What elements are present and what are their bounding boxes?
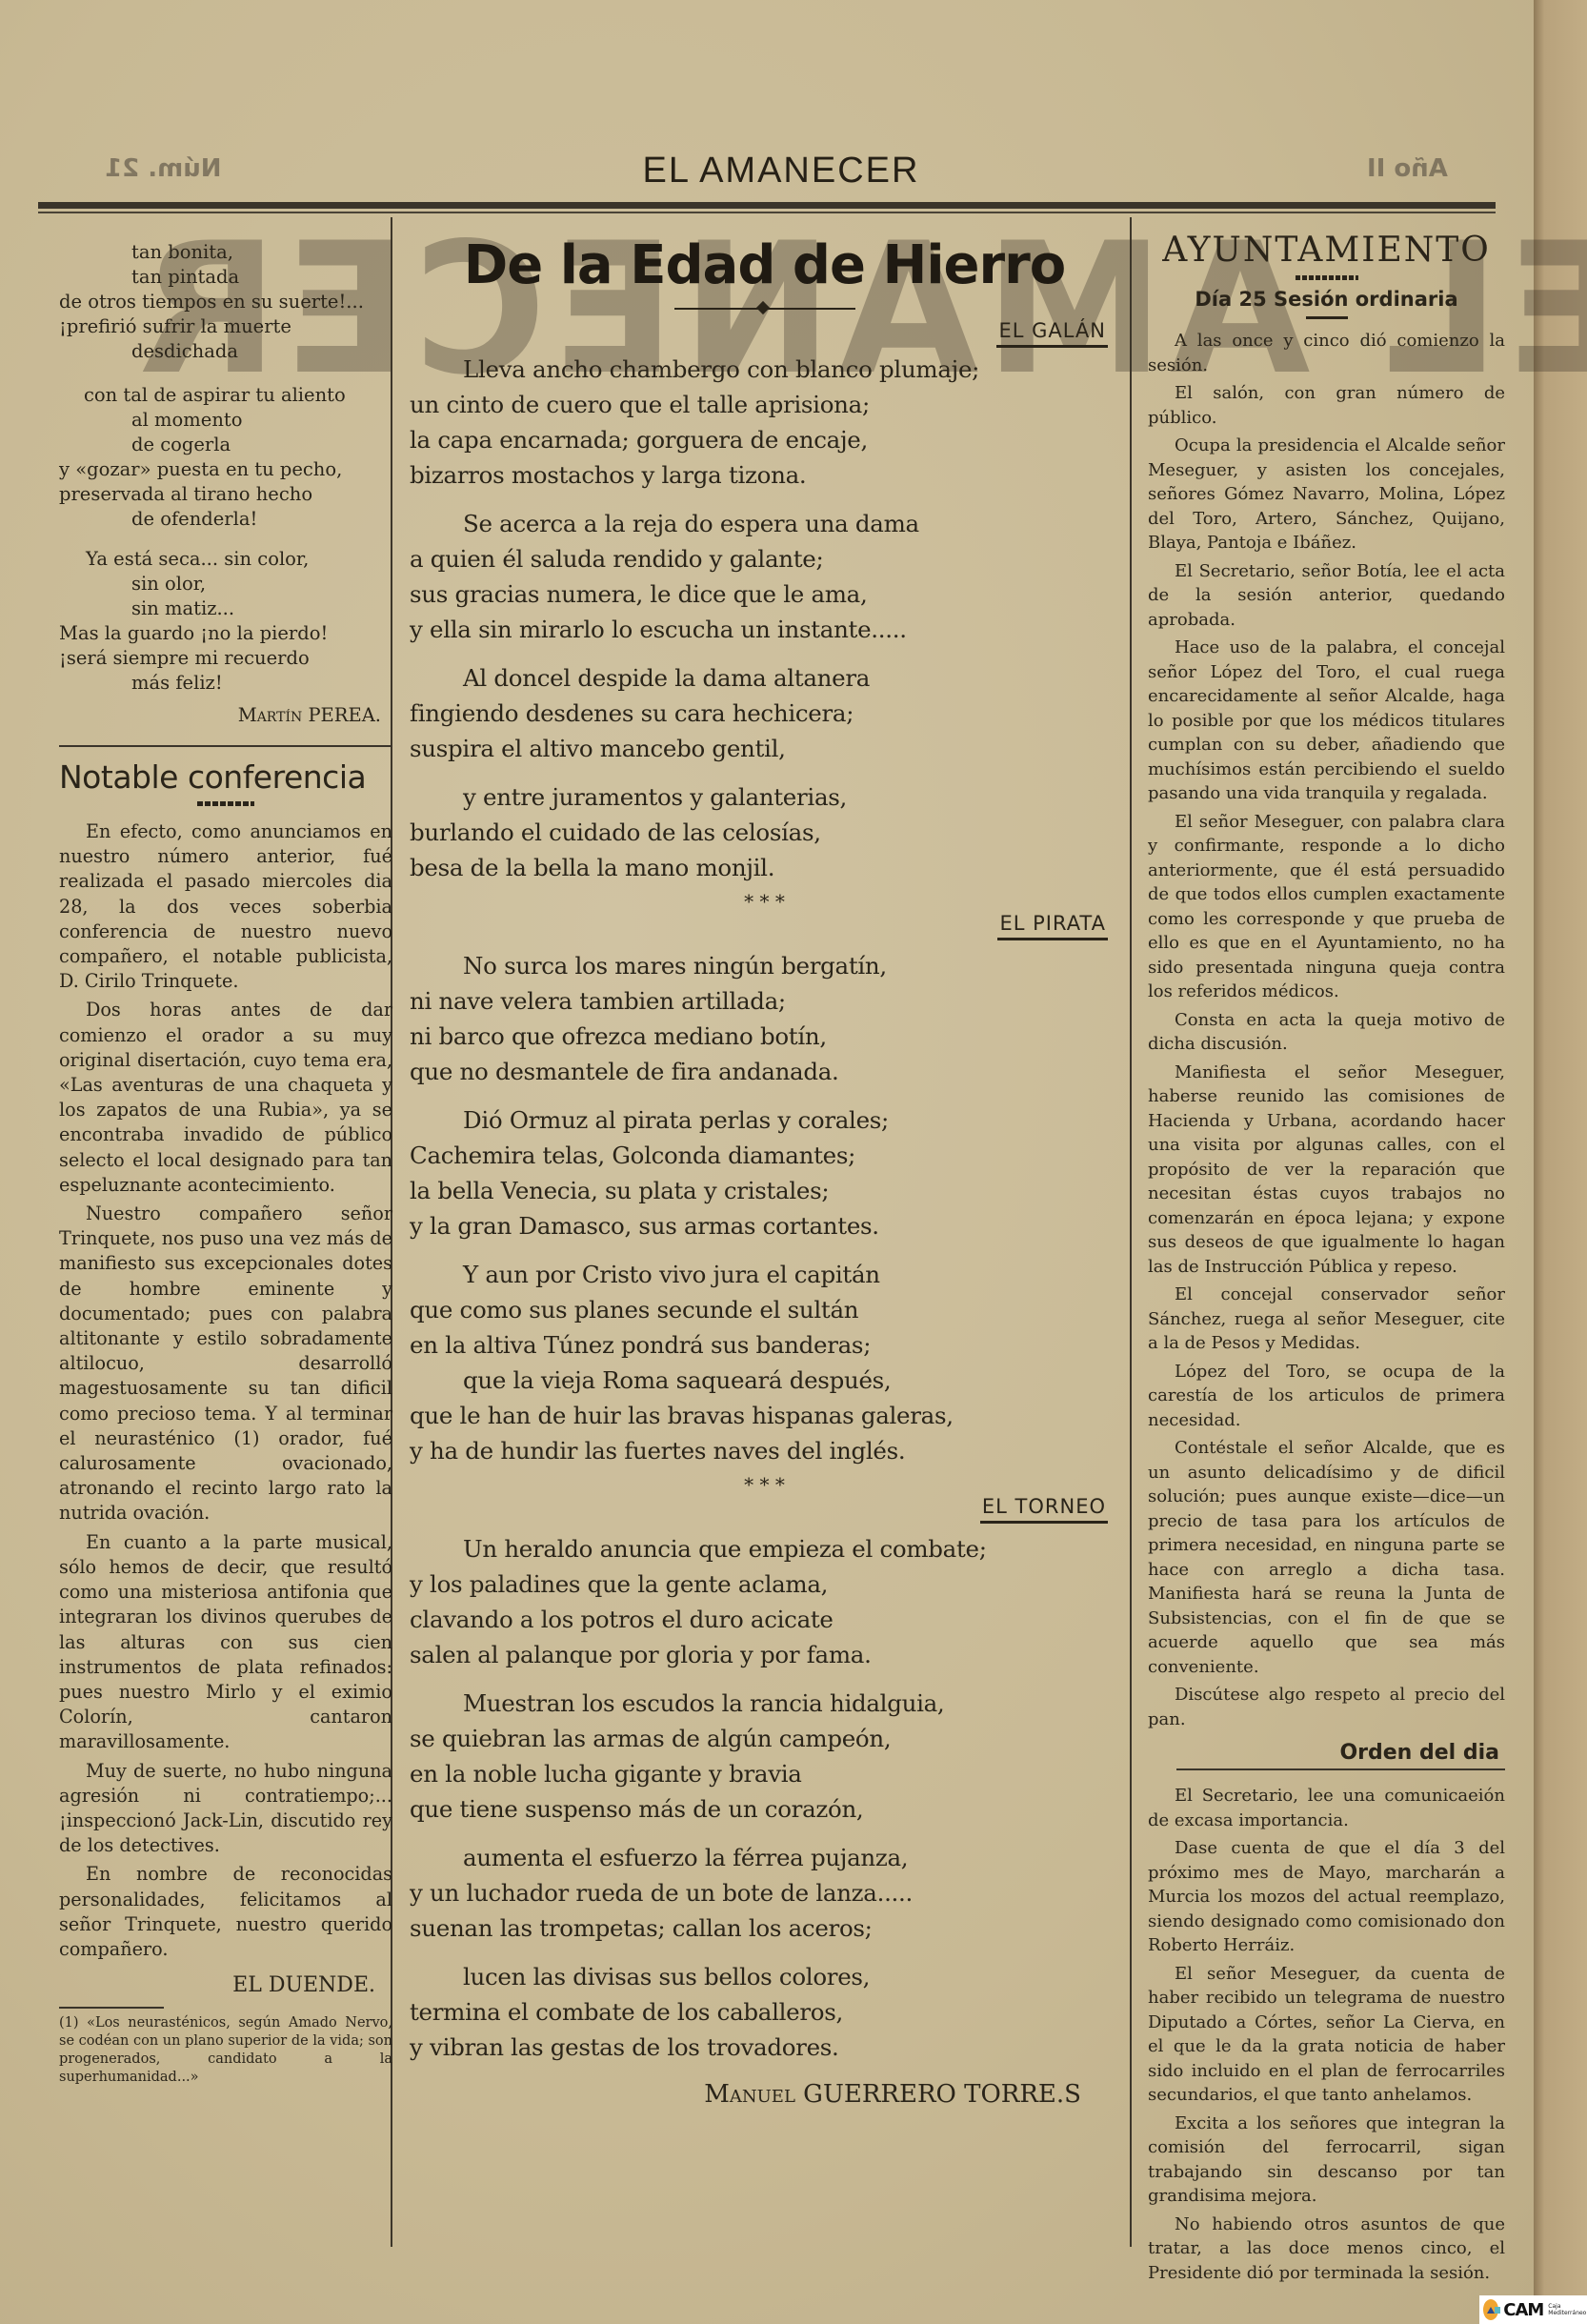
- poem-author: Manuel GUERRERO TORRE.S: [410, 2080, 1119, 2109]
- verse-line: y los paladines que la gente aclama,: [410, 1566, 1119, 1602]
- verse-line: que tiene suspenso más de un corazón,: [410, 1791, 1119, 1827]
- verse-line: sus gracias numera, le dice que le ama,: [410, 576, 1119, 612]
- poem-line: más feliz!: [59, 671, 392, 696]
- logo-subtext: Caja Mediterráneo: [1548, 2303, 1587, 2316]
- paragraph: El señor Meseguer, da cuenta de haber re…: [1148, 1962, 1505, 2108]
- middle-column: De la Edad de Hierro EL GALÁN Lleva anch…: [410, 229, 1119, 2109]
- poem-title: De la Edad de Hierro: [410, 234, 1119, 296]
- verse-line: Un heraldo anuncia que empieza el combat…: [410, 1531, 1119, 1566]
- section-divider: [59, 745, 392, 747]
- verse-line: un cinto de cuero que el talle aprisiona…: [410, 387, 1119, 422]
- article-title: Notable conferencia: [59, 758, 392, 796]
- newspaper-title: EL AMANECER: [38, 151, 1524, 192]
- poem-line: sin matiz...: [59, 596, 392, 621]
- verse-line: la bella Venecia, su plata y cristales;: [410, 1173, 1119, 1208]
- paragraph: Hace uso de la palabra, el concejal seño…: [1148, 636, 1505, 806]
- paragraph: En cuanto a la parte musical, sólo hemos…: [59, 1530, 392, 1755]
- verse-line: en la noble lucha gigante y bravia: [410, 1756, 1119, 1791]
- verse-line: que como sus planes secunde el sultán: [410, 1292, 1119, 1327]
- poem-fragment: tan bonita, tan pintada de otros tiempos…: [59, 240, 392, 728]
- poem-line: de cogerla: [59, 433, 392, 457]
- paragraph: Muy de suerte, no hubo ninguna agresión …: [59, 1759, 392, 1859]
- verse-line: Lleva ancho chambergo con blanco plumaje…: [410, 352, 1119, 387]
- paragraph: Consta en acta la queja motivo de dicha …: [1148, 1008, 1505, 1057]
- poem-line: Mas la guardo ¡no la pierdo!: [59, 621, 392, 646]
- verse-line: bizarros mostachos y larga tizona.: [410, 457, 1119, 493]
- verse-line: en la altiva Túnez pondrá sus banderas;: [410, 1327, 1119, 1363]
- cam-logo: CAM Caja Mediterráneo: [1479, 2295, 1587, 2324]
- left-column: tan bonita, tan pintada de otros tiempos…: [59, 229, 392, 2087]
- paragraph: López del Toro, se ocupa de la carestía …: [1148, 1360, 1505, 1433]
- verse-line: que le han de huir las bravas hispanas g…: [410, 1398, 1119, 1433]
- paragraph: Ocupa la presidencia el Alcalde señor Me…: [1148, 434, 1505, 556]
- footnote: (1) «Los neurasténicos, según Amado Nerv…: [59, 2014, 392, 2087]
- asterism-separator: * * *: [410, 1478, 1119, 1491]
- paragraph: El Secretario, lee una comunicaeión de e…: [1148, 1784, 1505, 1832]
- paragraph: No habiendo otros asuntos de que tratar,…: [1148, 2213, 1505, 2286]
- poem-section-pirata: No surca los mares ningún bergatín, ni n…: [410, 948, 1119, 1468]
- poem-line: con tal de aspirar tu aliento: [59, 383, 392, 408]
- cam-logo-icon: [1483, 2299, 1498, 2320]
- paragraph: Discútese algo respeto al precio del pan…: [1148, 1683, 1505, 1731]
- poem-line: preservada al tirano hecho: [59, 482, 392, 507]
- verse-line: ni nave velera tambien artillada;: [410, 983, 1119, 1019]
- orden-del-dia-body: El Secretario, lee una comunicaeión de e…: [1148, 1784, 1505, 2285]
- volume-year: Año II: [1367, 154, 1448, 183]
- paragraph: Dos horas antes de dar comienzo el orado…: [59, 998, 392, 1198]
- verse-line: que la vieja Roma saqueará después,: [410, 1363, 1119, 1398]
- paragraph: Manifiesta el señor Meseguer, haberse re…: [1148, 1061, 1505, 1280]
- session-heading: Día 25 Sesión ordinaria: [1148, 288, 1505, 311]
- verse-line: se quiebran las armas de algún campeón,: [410, 1721, 1119, 1756]
- verse-line: y un luchador rueda de un bote de lanza.…: [410, 1875, 1119, 1910]
- verse-line: ni barco que ofrezca mediano botín,: [410, 1019, 1119, 1054]
- masthead-rule: [38, 202, 1496, 209]
- column-divider-right: [1130, 217, 1132, 2247]
- poem-line: ¡será siempre mi recuerdo: [59, 646, 392, 671]
- paragraph: A las once y cinco dió comienzo la sesió…: [1148, 329, 1505, 377]
- poem-line: sin olor,: [59, 572, 392, 596]
- verse-line: y vibran las gestas de los trovadores.: [410, 2030, 1119, 2065]
- verse-line: y entre juramentos y galanterias,: [410, 779, 1119, 815]
- verse-line: Muestran los escudos la rancia hidalguia…: [410, 1686, 1119, 1721]
- verse-line: y la gran Damasco, sus armas cortantes.: [410, 1208, 1119, 1243]
- verse-line: la capa encarnada; gorguera de encaje,: [410, 422, 1119, 457]
- title-ornament: [197, 801, 254, 806]
- right-column: AYUNTAMIENTO Día 25 Sesión ordinaria A l…: [1148, 229, 1505, 2289]
- heading-rule: [1176, 1768, 1505, 1770]
- paragraph: En nombre de reconocidas personalidades,…: [59, 1862, 392, 1962]
- verse-line: besa de la bella la mano monjil.: [410, 850, 1119, 885]
- poem-line: ¡prefirió sufrir la muerte: [59, 314, 392, 339]
- article-signature: EL DUENDE.: [59, 1973, 375, 1997]
- verse-line: Y aun por Cristo vivo jura el capitán: [410, 1257, 1119, 1292]
- poem-signature: Martín PEREA.: [59, 703, 392, 728]
- verse-line: burlando el cuidado de las celosías,: [410, 815, 1119, 850]
- verse-line: salen al palanque por gloria y por fama.: [410, 1637, 1119, 1672]
- poem-line: tan bonita,: [59, 240, 392, 265]
- verse-line: Al doncel despide la dama altanera: [410, 660, 1119, 696]
- verse-line: a quien él saluda rendido y galante;: [410, 541, 1119, 576]
- poem-line: de otros tiempos en su suerte!...: [59, 290, 392, 314]
- poem-section-torneo: Un heraldo anuncia que empieza el combat…: [410, 1531, 1119, 2065]
- verse-line: Cachemira telas, Golconda diamantes;: [410, 1138, 1119, 1173]
- paragraph: Excita a los señores que integran la com…: [1148, 2112, 1505, 2209]
- verse-line: No surca los mares ningún bergatín,: [410, 948, 1119, 983]
- poem-line: al momento: [59, 408, 392, 433]
- verse-line: y ha de hundir las fuertes naves del ing…: [410, 1433, 1119, 1468]
- verse-line: lucen las divisas sus bellos colores,: [410, 1959, 1119, 1994]
- poem-line: Ya está seca... sin color,: [59, 547, 392, 572]
- paragraph: El salón, con gran número de público.: [1148, 381, 1505, 430]
- section-heading: EL GALÁN: [410, 319, 1119, 348]
- article-body: En efecto, como anunciamos en nuestro nú…: [59, 819, 392, 1962]
- masthead-rule-thin: [38, 212, 1496, 213]
- verse-line: suspira el altivo mancebo gentil,: [410, 731, 1119, 766]
- logo-text: CAM: [1503, 2300, 1543, 2320]
- section-heading: EL PIRATA: [410, 912, 1119, 940]
- orden-del-dia-heading: Orden del dia: [1148, 1741, 1499, 1765]
- footnote-rule: [59, 2007, 164, 2009]
- verse-line: aumenta el esfuerzo la férrea pujanza,: [410, 1840, 1119, 1875]
- verse-line: suenan las trompetas; callan los aceros;: [410, 1910, 1119, 1946]
- paragraph: El concejal conservador señor Sánchez, r…: [1148, 1283, 1505, 1356]
- verse-line: clavando a los potros el duro acicate: [410, 1602, 1119, 1637]
- paragraph: En efecto, como anunciamos en nuestro nú…: [59, 819, 392, 994]
- paragraph: Dase cuenta de que el día 3 del próximo …: [1148, 1836, 1505, 1958]
- poem-line: tan pintada: [59, 265, 392, 290]
- verse-line: Dió Ormuz al pirata perlas y corales;: [410, 1102, 1119, 1138]
- paragraph: Contéstale el señor Alcalde, que es un a…: [1148, 1436, 1505, 1679]
- title-ornament: [1296, 275, 1358, 280]
- verse-line: y ella sin mirarlo lo escucha un instant…: [410, 612, 1119, 647]
- diamond-ornament-icon: [674, 302, 855, 315]
- poem-line: y «gozar» puesta en tu pecho,: [59, 457, 392, 482]
- verse-line: termina el combate de los caballeros,: [410, 1994, 1119, 2030]
- paragraph: Nuestro compañero señor Trinquete, nos p…: [59, 1202, 392, 1526]
- verse-line: Se acerca a la reja do espera una dama: [410, 506, 1119, 541]
- section-title: AYUNTAMIENTO: [1148, 231, 1505, 270]
- paragraph: El Secretario, señor Botía, lee el acta …: [1148, 559, 1505, 633]
- short-rule: [1306, 316, 1348, 319]
- poem-section-galan: Lleva ancho chambergo con blanco plumaje…: [410, 352, 1119, 885]
- paragraph: El señor Meseguer, con palabra clara y c…: [1148, 810, 1505, 1004]
- poem-line: de ofenderla!: [59, 507, 392, 532]
- asterism-separator: * * *: [410, 895, 1119, 908]
- section-heading: EL TORNEO: [410, 1495, 1119, 1524]
- session-minutes: A las once y cinco dió comienzo la sesió…: [1148, 329, 1505, 1731]
- verse-line: que no desmantele de fira andanada.: [410, 1054, 1119, 1089]
- verse-line: fingiendo desdenes su cara hechicera;: [410, 696, 1119, 731]
- poem-line: desdichada: [59, 339, 392, 364]
